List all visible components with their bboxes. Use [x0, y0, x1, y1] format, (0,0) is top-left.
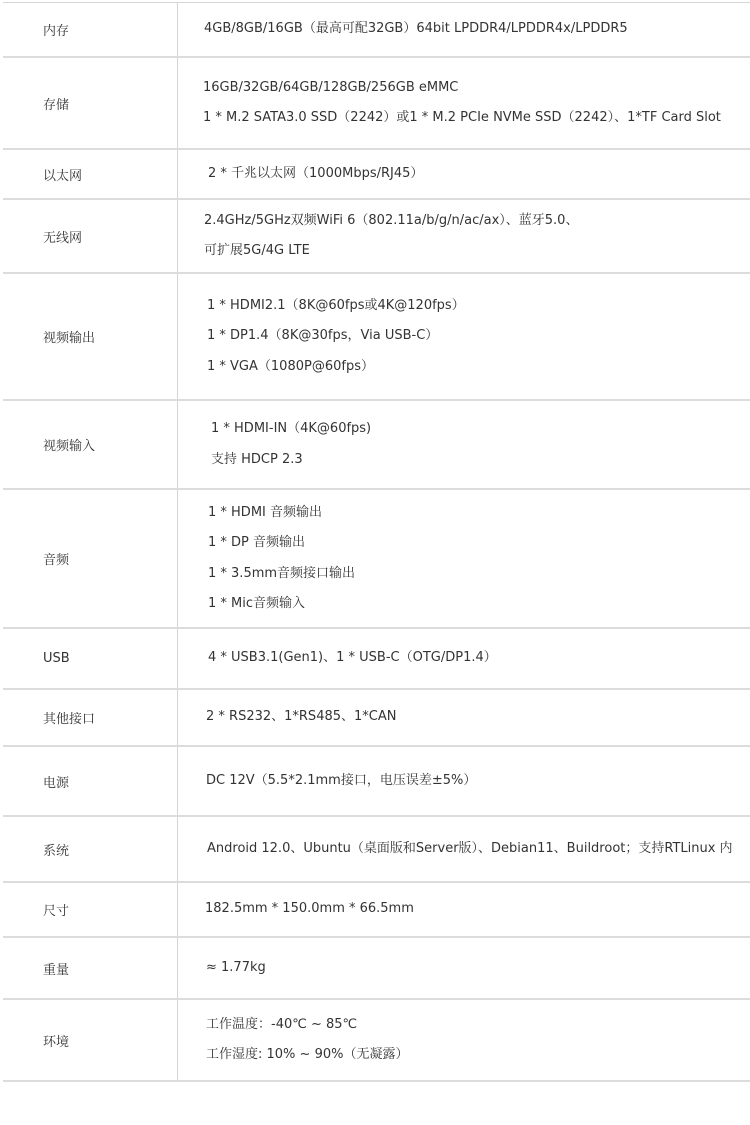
spec-value-line: 工作湿度: 10% ~ 90%（无凝露）	[206, 1040, 750, 1071]
spec-label: 电源	[3, 747, 178, 815]
spec-row: 其他接口2 * RS232、1*RS485、1*CAN	[3, 690, 750, 747]
spec-value-line: 1 * M.2 SATA3.0 SSD（2242）或1 * M.2 PCIe N…	[203, 103, 750, 134]
spec-label: 存储	[3, 58, 178, 148]
spec-value-line: 工作温度：-40℃ ~ 85℃	[206, 1010, 750, 1041]
spec-value: 2 * 千兆以太网（1000Mbps/RJ45）	[178, 150, 750, 198]
spec-row: 电源DC 12V（5.5*2.1mm接口，电压误差±5%）	[3, 747, 750, 817]
spec-value-line: DC 12V（5.5*2.1mm接口，电压误差±5%）	[206, 766, 750, 797]
spec-value-line: 1 * VGA（1080P@60fps）	[207, 352, 750, 383]
spec-value-line: 1 * HDMI 音频输出	[208, 498, 750, 529]
spec-value-line: 2 * 千兆以太网（1000Mbps/RJ45）	[208, 159, 750, 190]
spec-value-line: 182.5mm * 150.0mm * 66.5mm	[205, 894, 750, 925]
spec-row: 无线网2.4GHz/5GHz双频WiFi 6（802.11a/b/g/n/ac/…	[3, 200, 750, 274]
spec-value: 工作温度：-40℃ ~ 85℃工作湿度: 10% ~ 90%（无凝露）	[178, 1000, 750, 1080]
spec-value-line: 1 * HDMI2.1（8K@60fps或4K@120fps）	[207, 291, 750, 322]
spec-row: 尺寸182.5mm * 150.0mm * 66.5mm	[3, 883, 750, 938]
spec-row: 存储16GB/32GB/64GB/128GB/256GB eMMC1 * M.2…	[3, 58, 750, 150]
spec-row: 视频输入1 * HDMI-IN（4K@60fps)支持 HDCP 2.3	[3, 401, 750, 490]
spec-value: 2 * RS232、1*RS485、1*CAN	[178, 690, 750, 745]
spec-value: 16GB/32GB/64GB/128GB/256GB eMMC1 * M.2 S…	[178, 58, 750, 148]
spec-value: DC 12V（5.5*2.1mm接口，电压误差±5%）	[178, 747, 750, 815]
spec-label: 音频	[3, 490, 178, 627]
spec-value-line: ≈ 1.77kg	[206, 953, 750, 984]
spec-value: ≈ 1.77kg	[178, 938, 750, 998]
spec-value: 1 * HDMI2.1（8K@60fps或4K@120fps）1 * DP1.4…	[178, 274, 750, 399]
spec-row: 环境工作温度：-40℃ ~ 85℃工作湿度: 10% ~ 90%（无凝露）	[3, 1000, 750, 1082]
spec-table: 内存4GB/8GB/16GB（最高可配32GB）64bit LPDDR4/LPD…	[3, 2, 750, 1082]
spec-value: Android 12.0、Ubuntu（桌面版和Server版）、Debian1…	[178, 817, 750, 881]
spec-value-line: 2 * RS232、1*RS485、1*CAN	[206, 702, 750, 733]
spec-value-line: 2.4GHz/5GHz双频WiFi 6（802.11a/b/g/n/ac/ax）…	[204, 206, 750, 237]
spec-value: 4GB/8GB/16GB（最高可配32GB）64bit LPDDR4/LPDDR…	[178, 3, 750, 56]
spec-value: 4 * USB3.1(Gen1)、1 * USB-C（OTG/DP1.4）	[178, 629, 750, 688]
spec-label: 环境	[3, 1000, 178, 1080]
spec-value-line: 1 * DP1.4（8K@30fps，Via USB-C）	[207, 321, 750, 352]
spec-row: 以太网2 * 千兆以太网（1000Mbps/RJ45）	[3, 150, 750, 200]
spec-value-line: 1 * 3.5mm音频接口输出	[208, 559, 750, 590]
spec-value: 1 * HDMI-IN（4K@60fps)支持 HDCP 2.3	[178, 401, 750, 488]
spec-row: 系统Android 12.0、Ubuntu（桌面版和Server版）、Debia…	[3, 817, 750, 883]
spec-value-line: 16GB/32GB/64GB/128GB/256GB eMMC	[203, 73, 750, 104]
spec-value-line: 4 * USB3.1(Gen1)、1 * USB-C（OTG/DP1.4）	[208, 643, 750, 674]
spec-value-line: 4GB/8GB/16GB（最高可配32GB）64bit LPDDR4/LPDDR…	[204, 14, 750, 45]
spec-label: USB	[3, 629, 178, 688]
spec-value-line: 可扩展5G/4G LTE	[204, 236, 750, 267]
spec-label: 重量	[3, 938, 178, 998]
spec-row: 内存4GB/8GB/16GB（最高可配32GB）64bit LPDDR4/LPD…	[3, 3, 750, 58]
spec-row: 视频输出1 * HDMI2.1（8K@60fps或4K@120fps）1 * D…	[3, 274, 750, 401]
spec-label: 视频输入	[3, 401, 178, 488]
spec-value-line: Android 12.0、Ubuntu（桌面版和Server版）、Debian1…	[207, 834, 750, 865]
spec-label: 无线网	[3, 200, 178, 272]
spec-label: 以太网	[3, 150, 178, 198]
spec-value: 182.5mm * 150.0mm * 66.5mm	[178, 883, 750, 936]
spec-label: 尺寸	[3, 883, 178, 936]
spec-row: 重量≈ 1.77kg	[3, 938, 750, 1000]
spec-label: 视频输出	[3, 274, 178, 399]
spec-value-line: 1 * Mic音频输入	[208, 589, 750, 620]
spec-value: 2.4GHz/5GHz双频WiFi 6（802.11a/b/g/n/ac/ax）…	[178, 200, 750, 272]
spec-value: 1 * HDMI 音频输出1 * DP 音频输出1 * 3.5mm音频接口输出1…	[178, 490, 750, 627]
spec-value-line: 支持 HDCP 2.3	[211, 445, 750, 476]
spec-row: 音频1 * HDMI 音频输出1 * DP 音频输出1 * 3.5mm音频接口输…	[3, 490, 750, 629]
spec-row: USB4 * USB3.1(Gen1)、1 * USB-C（OTG/DP1.4）	[3, 629, 750, 690]
spec-label: 其他接口	[3, 690, 178, 745]
spec-label: 内存	[3, 3, 178, 56]
spec-label: 系统	[3, 817, 178, 881]
spec-value-line: 1 * DP 音频输出	[208, 528, 750, 559]
spec-value-line: 1 * HDMI-IN（4K@60fps)	[211, 414, 750, 445]
